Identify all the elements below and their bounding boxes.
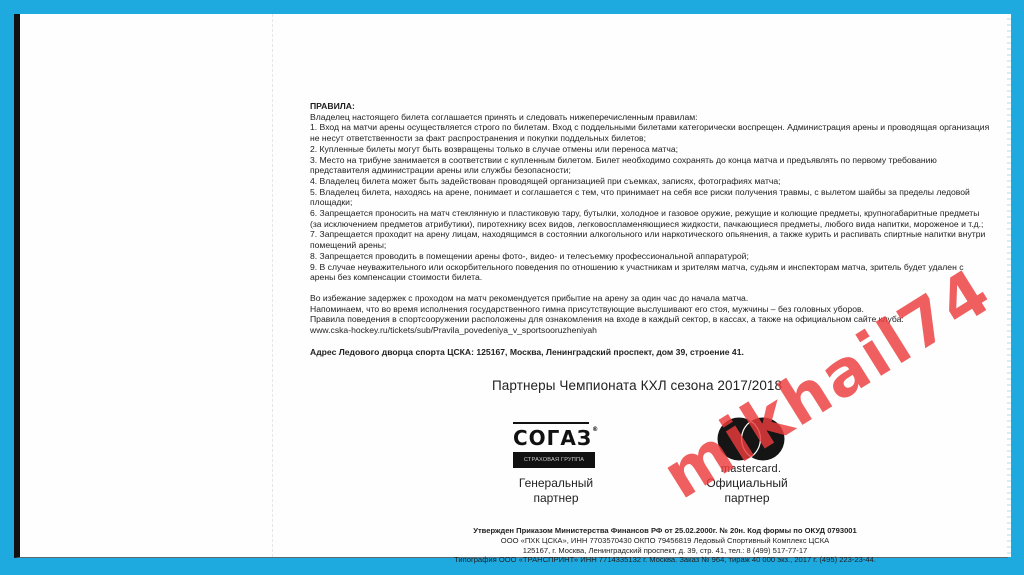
sogaz-logo-bar: [513, 422, 589, 424]
rule-item: 5. Владелец билета, находясь на арене, п…: [310, 187, 990, 208]
arena-address: Адрес Ледового дворца спорта ЦСКА: 12516…: [310, 347, 990, 358]
legal-line: Типография ООО «ТРАНСПРИНТ» ИНН 77143351…: [440, 555, 890, 565]
rule-item: 3. Место на трибуне занимается в соответ…: [310, 155, 990, 176]
note-rules-location: Правила поведения в спортсооружении расп…: [310, 314, 990, 325]
note-anthem: Напоминаем, что во время исполнения госу…: [310, 304, 990, 315]
rules-block: ПРАВИЛА: Владелец настоящего билета согл…: [310, 101, 990, 357]
sogaz-role-line2: партнер: [506, 491, 606, 506]
rules-url: www.cska-hockey.ru/tickets/sub/Pravila_p…: [310, 325, 990, 336]
sogaz-role: Генеральный партнер: [506, 476, 606, 506]
rule-item: 2. Купленные билеты могут быть возвращен…: [310, 144, 990, 155]
sogaz-logo-name: СОГАЗ: [513, 426, 592, 450]
sogaz-logo: СОГАЗ® СТРАХОВАЯ ГРУППА: [511, 422, 601, 468]
ticket-back: ПРАВИЛА: Владелец настоящего билета согл…: [14, 14, 1008, 558]
rule-item: 8. Запрещается проводить в помещении аре…: [310, 251, 990, 262]
registered-mark-icon: ®: [592, 426, 599, 433]
partners-title: Партнеры Чемпионата КХЛ сезона 2017/2018: [492, 378, 832, 393]
legal-line: 125167, г. Москва, Ленинградский проспек…: [440, 546, 890, 556]
legal-line: ООО «ПХК ЦСКА», ИНН 7703570430 ОКПО 7945…: [440, 536, 890, 546]
rules-intro: Владелец настоящего билета соглашается п…: [310, 112, 990, 123]
mastercard-circles-icon: [717, 416, 785, 462]
rule-item: 9. В случае неуважительного или оскорбит…: [310, 262, 990, 283]
rule-item: 6. Запрещается проносить на матч стеклян…: [310, 208, 990, 229]
rule-item: 7. Запрещается проходит на арену лицам, …: [310, 229, 990, 250]
mastercard-logo-name: mastercard.: [706, 463, 796, 475]
fold-line: [272, 14, 273, 557]
rule-item: 4. Владелец билета может быть задействов…: [310, 176, 990, 187]
note-arrival: Во избежание задержек с проходом на матч…: [310, 293, 990, 304]
legal-line: Утвержден Приказом Министерства Финансов…: [440, 526, 890, 536]
sogaz-logo-subtitle: СТРАХОВАЯ ГРУППА: [513, 452, 595, 468]
legal-info: Утвержден Приказом Министерства Финансов…: [440, 526, 890, 565]
rules-title: ПРАВИЛА:: [310, 101, 990, 112]
rule-item: 1. Вход на матчи арены осуществляется ст…: [310, 122, 990, 143]
mastercard-role-line2: партнер: [697, 491, 797, 506]
sogaz-role-line1: Генеральный: [506, 476, 606, 491]
mastercard-role-line1: Официальный: [697, 476, 797, 491]
mastercard-role: Официальный партнер: [697, 476, 797, 506]
mastercard-logo: mastercard.: [706, 416, 796, 475]
